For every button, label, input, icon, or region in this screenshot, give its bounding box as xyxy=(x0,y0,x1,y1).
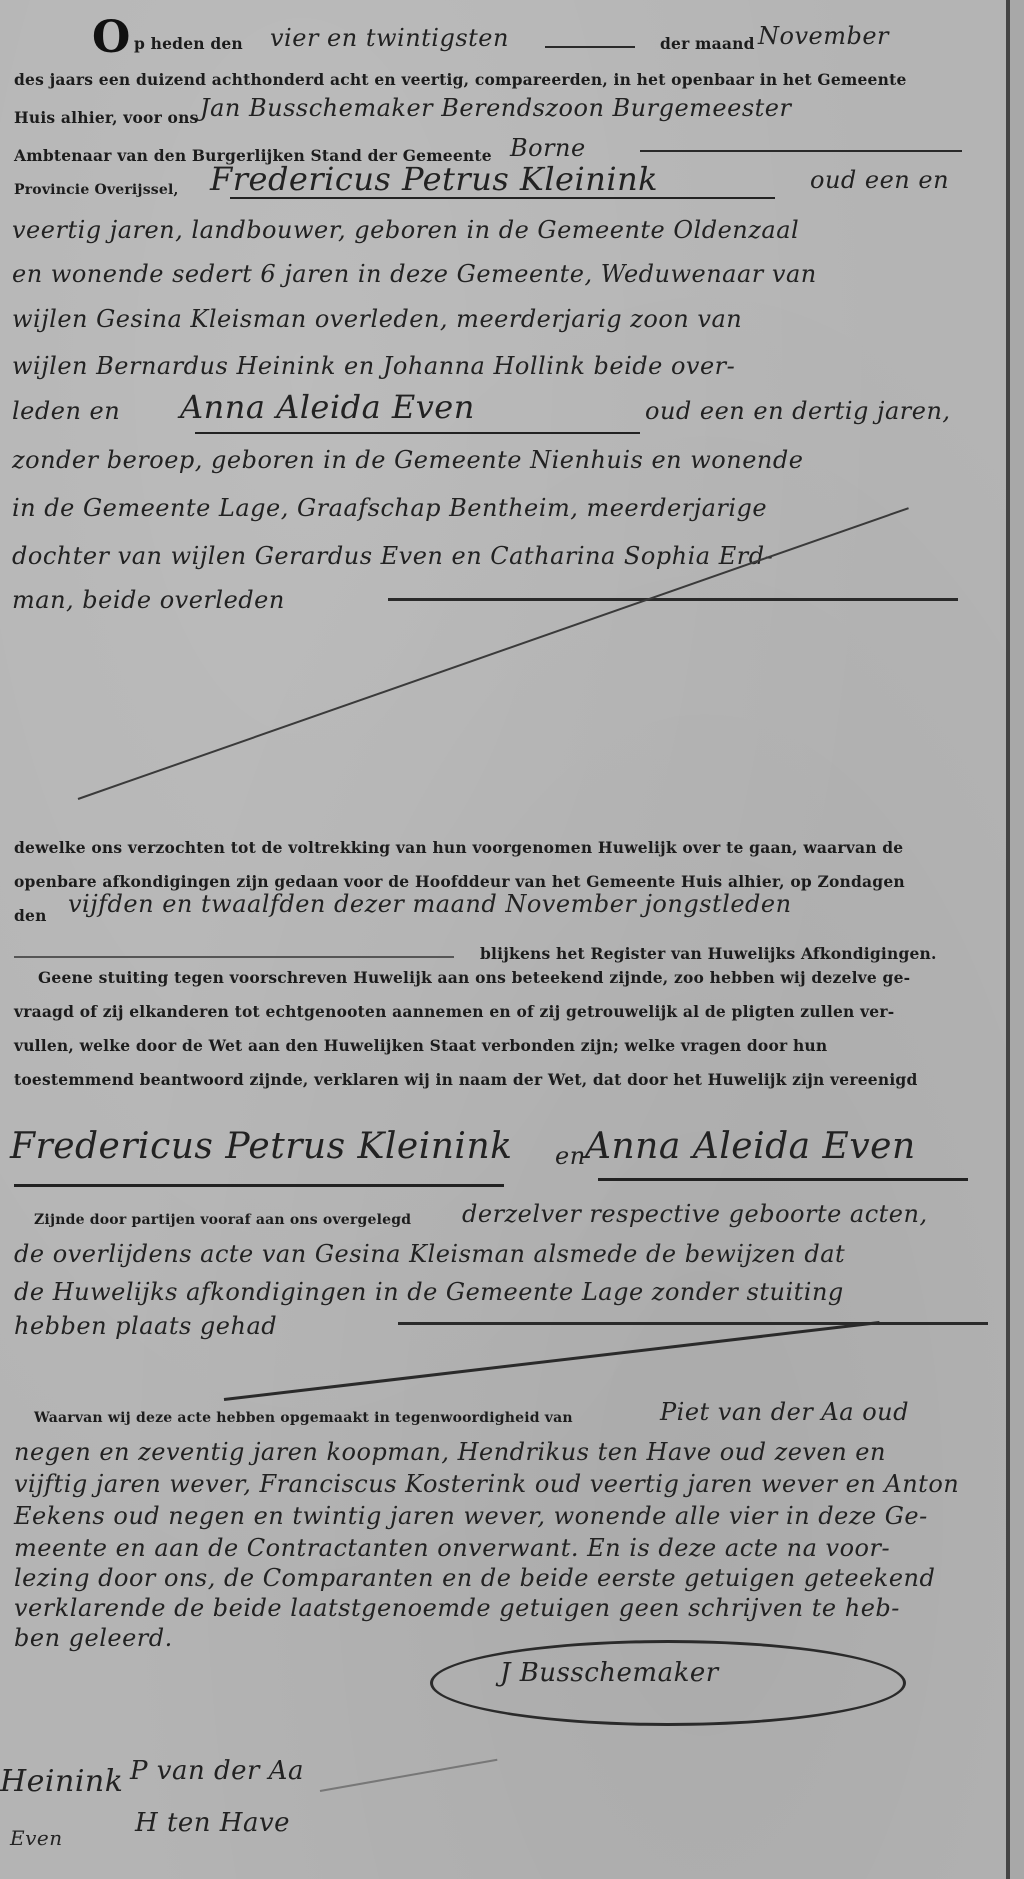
blank-rule xyxy=(640,150,962,152)
bride-detail-line: zonder beroep, geboren in de Gemeente Ni… xyxy=(12,446,803,474)
united-conjunction: en xyxy=(555,1142,586,1170)
witnesses-line: ben geleerd. xyxy=(14,1624,173,1652)
page-margin xyxy=(1010,0,1024,1879)
witnesses-line: vijftig jaren wever, Franciscus Kosterin… xyxy=(14,1470,959,1498)
witness1-signature: P van der Aa xyxy=(130,1756,304,1786)
drop-cap-initial: O xyxy=(92,12,130,63)
declaration-line: Geene stuiting tegen voorschreven Huweli… xyxy=(38,968,910,987)
declaration-line: vullen, welke door de Wet aan den Huweli… xyxy=(14,1036,827,1055)
header-line2: des jaars een duizend achthonderd acht e… xyxy=(14,70,907,89)
blank-rule xyxy=(14,956,454,958)
municipality-handwritten: Borne xyxy=(510,134,586,162)
declaration-line: vraagd of zij elkanderen tot echtgenoote… xyxy=(14,1002,894,1021)
proclamation-register: blijkens het Register van Huwelijks Afko… xyxy=(480,944,937,963)
bride-detail-line: in de Gemeente Lage, Graafschap Bentheim… xyxy=(12,494,767,522)
bride-name-handwritten: Anna Aleida Even xyxy=(180,388,475,426)
groom-detail-line: en wonende sedert 6 jaren in deze Gemeen… xyxy=(12,260,817,288)
groom-signature: Heinink xyxy=(0,1764,123,1799)
bride-name-underline xyxy=(195,432,640,434)
day-handwritten: vier en twintigsten xyxy=(270,24,509,52)
cancel-diagonal-line xyxy=(224,1321,880,1401)
witnesses-line: Eekens oud negen en twintig jaren wever,… xyxy=(14,1502,928,1530)
groom-detail-line: wijlen Gesina Kleisman overleden, meerde… xyxy=(12,305,742,333)
documents-line: hebben plaats gehad xyxy=(14,1312,277,1340)
bride-united-underline xyxy=(598,1178,968,1181)
united-bride-name: Anna Aleida Even xyxy=(585,1126,916,1167)
official-signature: J Busschemaker xyxy=(500,1658,719,1688)
header-month-label: der maand xyxy=(660,34,755,53)
witness2-signature: H ten Have xyxy=(135,1808,290,1838)
proclamation-dates-handwritten: vijfden en twaalfden dezer maand Novembe… xyxy=(68,890,792,918)
province-label: Provincie Overijssel, xyxy=(14,182,179,198)
bride-line-pre: leden en xyxy=(12,397,120,425)
declaration-line: toestemmend beantwoord zijnde, verklaren… xyxy=(14,1070,917,1089)
documents-line: de overlijdens acte van Gesina Kleisman … xyxy=(14,1240,845,1268)
bride-detail-line: dochter van wijlen Gerardus Even en Cath… xyxy=(12,542,773,570)
proclamation-line: openbare afkondigingen zijn gedaan voor … xyxy=(14,872,905,891)
witness1-handwritten: Piet van der Aa oud xyxy=(660,1398,909,1426)
united-groom-name: Fredericus Petrus Kleinink xyxy=(10,1126,512,1167)
groom-age-handwritten: oud een en xyxy=(810,166,949,194)
proclamation-line: dewelke ons verzochten tot de voltrekkin… xyxy=(14,838,903,857)
groom-name-handwritten: Fredericus Petrus Kleinink xyxy=(210,160,658,198)
month-handwritten: November xyxy=(758,22,889,50)
groom-united-underline xyxy=(14,1184,504,1187)
witnesses-line: negen en zeventig jaren koopman, Hendrik… xyxy=(14,1438,886,1466)
official-name-handwritten: Jan Busschemaker Berendszoon Burgemeeste… xyxy=(200,94,791,122)
closing-rule xyxy=(388,598,958,601)
proclamation-den: den xyxy=(14,906,47,925)
documents-line: de Huwelijks afkondigingen in de Gemeent… xyxy=(14,1278,844,1306)
bride-age-handwritten: oud een en dertig jaren, xyxy=(645,397,951,425)
bride-signature: Even xyxy=(10,1826,63,1850)
document-page: O p heden den vier en twintigsten der ma… xyxy=(0,0,1006,1879)
witnesses-line: meente en aan de Contractanten onverwant… xyxy=(14,1534,890,1562)
documents-handwritten: derzelver respective geboorte acten, xyxy=(462,1200,928,1228)
groom-detail-line: wijlen Bernardus Heinink en Johanna Holl… xyxy=(12,352,735,380)
groom-detail-line: veertig jaren, landbouwer, geboren in de… xyxy=(12,216,799,244)
header-line3-printed: Huis alhier, voor ons xyxy=(14,108,199,127)
witnesses-line: verklarende de beide laatstgenoemde getu… xyxy=(14,1594,900,1622)
bride-detail-line: man, beide overleden xyxy=(12,586,285,614)
faint-flourish xyxy=(320,1759,498,1792)
witnesses-line: lezing door ons, de Comparanten en de be… xyxy=(14,1564,935,1592)
blank-rule xyxy=(545,46,635,48)
witnesses-printed: Waarvan wij deze acte hebben opgemaakt i… xyxy=(34,1410,573,1426)
groom-name-underline xyxy=(230,197,775,199)
header-line1-printed: p heden den xyxy=(134,34,243,53)
closing-rule xyxy=(398,1322,988,1325)
documents-printed: Zijnde door partijen vooraf aan ons over… xyxy=(34,1212,411,1228)
